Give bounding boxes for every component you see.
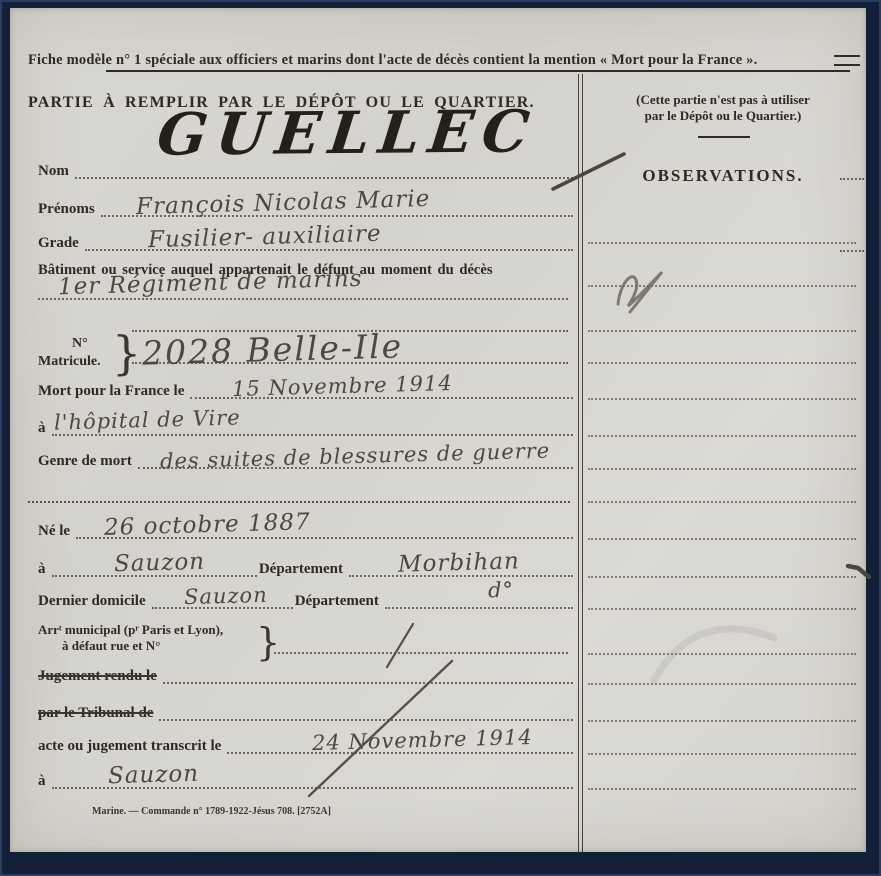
field-value-dernier-domicile: Sauzon [184,583,268,609]
ruled-line [588,330,856,332]
field-value-departement-naissance: Morbihan [398,548,520,577]
ruled-line [588,435,856,437]
ruled-line [274,652,568,654]
ruled-line [588,788,856,790]
dotted-leader [385,606,573,609]
field-row-nom: Nom [38,160,575,180]
ruled-line [588,538,856,540]
pencil-smudge-mark [632,606,792,698]
ruled-line [28,501,570,503]
ruled-line [588,242,856,244]
field-label-lieu-naissance: à [38,560,46,578]
ruled-line [840,178,864,180]
printer-imprint: Marine. — Commande n° 1789-1922-Jésus 70… [92,806,331,817]
ruled-line [588,753,856,755]
usage-note-line2: par le Dépôt ou le Quartier.) [580,108,866,124]
pen-check-mark [844,558,874,584]
field-label-transcription: acte ou jugement transcrit le [38,737,221,755]
field-label-matricule-no: N° [72,336,88,352]
field-label-lieu-deces: à [38,419,46,437]
ruled-line [588,501,856,503]
dotted-leader [52,433,574,436]
ruled-line [588,398,856,400]
header-underline-end-mark [834,55,860,66]
field-label-genre-mort: Genre de mort [38,452,132,470]
ruled-line [588,362,856,364]
field-label-jugement: Jugement rendu le [38,667,157,685]
field-label-arrondissement-line2: à défaut rue et N° [62,638,160,654]
note-separator-rule [698,136,750,138]
ruled-line [840,250,864,252]
ruled-line [588,720,856,722]
field-label-dernier-domicile: Dernier domicile [38,592,146,610]
header-underline [106,70,850,72]
field-label-arrondissement-line1: Arrᵗ municipal (pʳ Paris et Lyon), [38,622,223,638]
form-header-title: Fiche modèle n° 1 spéciale aux officiers… [28,52,757,69]
field-label-nom: Nom [38,162,69,180]
ruled-line [588,576,856,578]
field-label-grade: Grade [38,234,79,252]
field-label-departement-domicile: Département [295,592,379,610]
field-value-departement-domicile: d° [488,578,515,603]
field-label-departement-naissance: Département [259,560,343,578]
field-label-matricule: Matricule. [38,354,101,370]
pen-slash-mark [548,148,630,194]
field-label-mort: Mort pour la France le [38,382,184,400]
pen-slash-mark [302,656,460,802]
pencil-paraph-mark [608,260,718,318]
usage-note-line1: (Cette partie n'est pas à utiliser [580,92,866,108]
matricule-bracket: } [112,326,141,380]
field-label-tribunal: par le Tribunal de [38,704,153,722]
field-label-ne-le: Né le [38,522,70,540]
arrondissement-bracket: } [256,620,280,664]
field-label-lieu-transcription: à [38,772,46,790]
dotted-leader [75,176,573,179]
field-value-lieu-naissance: Sauzon [114,549,206,578]
field-value-nom: GUELLEC [154,102,540,163]
document-card: Fiche modèle n° 1 spéciale aux officiers… [10,8,866,852]
field-value-matricule: 2028 Belle-Ile [142,326,404,372]
scan-frame: Fiche modèle n° 1 spéciale aux officiers… [0,0,881,876]
field-value-lieu-transcription: Sauzon [108,761,200,790]
ruled-line [588,468,856,470]
field-label-prenoms: Prénoms [38,200,95,218]
